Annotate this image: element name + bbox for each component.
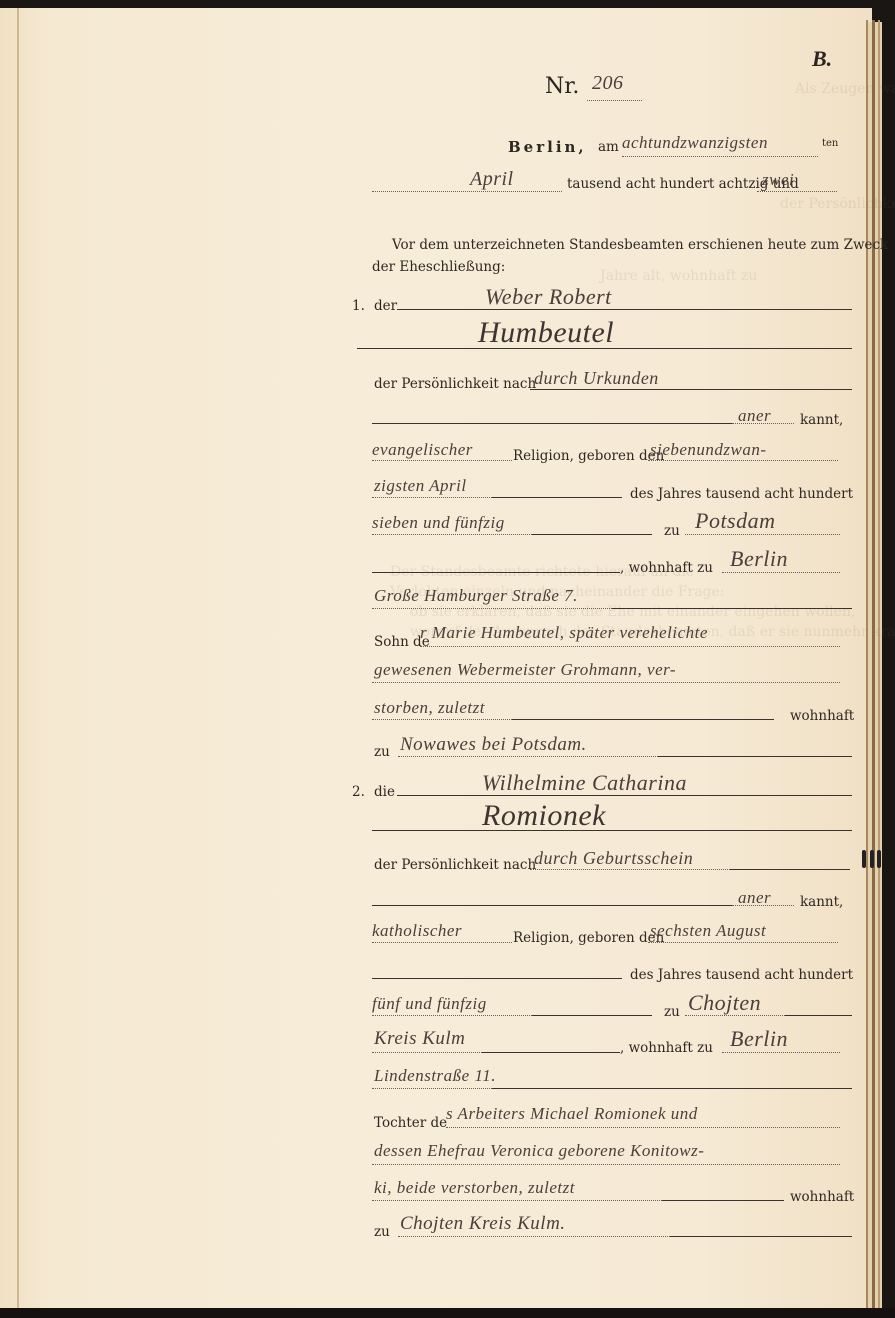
fill-line — [587, 100, 642, 101]
fill-line — [622, 156, 818, 157]
identity-label: der Persönlichkeit nach — [374, 376, 536, 392]
parents-zu-label: zu — [374, 744, 390, 760]
date-suffix: ten — [822, 138, 838, 149]
fill-line — [612, 608, 852, 609]
page-edge-line — [872, 20, 875, 1308]
bleedthrough-text: Als Zeugen waren zugezogen und erschiene… — [795, 81, 895, 97]
bride-index: 2. — [352, 784, 365, 800]
fill-line — [532, 534, 652, 535]
groom-parents-line2: gewesenen Webermeister Grohmann, ver- — [374, 660, 676, 680]
zu-label: zu — [664, 1004, 680, 1020]
fill-line — [372, 1088, 492, 1089]
groom-known: aner — [738, 406, 771, 426]
groom-parents-line1: r Marie Humbeutel, später verehelichte — [420, 623, 708, 643]
known-label: kannt, — [800, 894, 843, 910]
groom-article: der — [374, 298, 397, 314]
groom-religion: evangelischer — [372, 440, 473, 460]
parents-zu-label: zu — [374, 1224, 390, 1240]
zu-label: zu — [664, 523, 680, 539]
fill-line — [372, 978, 622, 979]
fill-line — [685, 534, 840, 535]
date-am-label: am — [598, 139, 619, 155]
parent-label: Tochter de — [374, 1115, 447, 1131]
fill-line — [372, 460, 512, 461]
bleedthrough-text: ob sie erklären, daß sie die Ehe mit ein… — [410, 604, 855, 620]
fill-line — [492, 1088, 852, 1089]
fill-line — [372, 682, 840, 683]
identity-label: der Persönlichkeit nach — [374, 857, 536, 873]
fill-line — [372, 719, 512, 720]
fill-line — [372, 830, 852, 831]
fill-line — [372, 497, 492, 498]
fill-line — [648, 460, 838, 461]
groom-birth-year: sieben und fünfzig — [372, 513, 505, 533]
bride-religion: katholischer — [372, 921, 462, 941]
intro-text: der Eheschließung: — [372, 259, 505, 275]
bride-known: aner — [738, 888, 771, 908]
bleedthrough-text: Jahre alt, wohnhaft zu — [600, 268, 757, 284]
bride-article: die — [374, 784, 395, 800]
bride-parents-line1: s Arbeiters Michael Romionek und — [446, 1104, 698, 1124]
fill-line — [446, 1127, 840, 1128]
fill-line — [785, 1015, 852, 1016]
bride-given-names: Wilhelmine Catharina — [482, 770, 687, 796]
fill-line — [372, 1052, 482, 1053]
fill-line — [670, 1236, 852, 1237]
fill-line — [397, 309, 852, 310]
bride-parents-residence: Chojten Kreis Kulm. — [400, 1213, 566, 1235]
scan-border — [0, 1308, 895, 1318]
fill-line — [372, 1015, 532, 1016]
fill-line — [398, 756, 658, 757]
resident-label: , wohnhaft zu — [620, 560, 713, 576]
marriage-year-hw: zwei — [762, 170, 794, 190]
intro-text: Vor dem unterzeichneten Standesbeamten e… — [392, 237, 888, 253]
bride-identity-proof: durch Geburtsschein — [534, 848, 693, 869]
bride-birthplace: Chojten — [688, 990, 761, 1016]
fill-line — [372, 572, 620, 573]
fill-line — [658, 756, 852, 757]
fill-line — [530, 389, 852, 390]
fill-line — [372, 191, 562, 192]
groom-surname: Humbeutel — [478, 316, 614, 350]
fill-line — [492, 497, 622, 498]
marriage-month: April — [470, 168, 514, 191]
fill-line — [372, 1200, 662, 1201]
groom-residence: Berlin — [730, 546, 788, 572]
fill-line — [757, 191, 837, 192]
year-label: des Jahres tausend acht hundert — [630, 486, 853, 502]
year-label: des Jahres tausend acht hundert — [630, 967, 853, 983]
bride-parents-line3: ki, beide verstorben, zuletzt — [374, 1178, 575, 1198]
fill-line — [372, 608, 612, 609]
bride-birth-year: fünf und fünfzig — [372, 994, 487, 1014]
page-edge-line — [878, 20, 880, 1308]
register-page: Als Zeugen waren zugezogen und erschiene… — [0, 8, 872, 1308]
page-edge-line — [866, 20, 868, 1308]
groom-birth-day: siebenundzwan- — [650, 440, 767, 460]
place-label: Berlin, — [508, 138, 587, 156]
fill-line — [722, 572, 840, 573]
fill-line — [722, 1052, 840, 1053]
fill-line — [648, 942, 838, 943]
parents-resident-label: wohnhaft — [790, 708, 854, 724]
bride-birth-day: sechsten August — [650, 921, 766, 941]
bride-birthplace-district: Kreis Kulm — [374, 1028, 465, 1050]
fill-line — [482, 1052, 620, 1053]
groom-given-names: Weber Robert — [485, 284, 612, 310]
known-label: kannt, — [800, 412, 843, 428]
fill-line — [372, 905, 732, 906]
religion-label: Religion, geboren den — [513, 930, 664, 946]
binding-gutter — [17, 8, 19, 1308]
groom-parents-residence: Nowawes bei Potsdam. — [400, 734, 587, 756]
fill-line — [420, 646, 840, 647]
fill-line — [662, 1200, 784, 1201]
fill-line — [512, 719, 774, 720]
fill-line — [730, 869, 850, 870]
marriage-day: achtundzwanzigsten — [622, 133, 768, 153]
bride-residence: Berlin — [730, 1026, 788, 1052]
resident-label: , wohnhaft zu — [620, 1040, 713, 1056]
fill-line — [372, 1164, 840, 1165]
fill-line — [398, 1236, 670, 1237]
groom-address: Große Hamburger Straße 7. — [374, 586, 578, 606]
form-letter: B. — [812, 46, 832, 72]
bride-address: Lindenstraße 11. — [374, 1066, 496, 1086]
fill-line — [372, 942, 512, 943]
record-number-label: Nr. — [545, 74, 579, 99]
fill-line — [532, 1015, 652, 1016]
parents-resident-label: wohnhaft — [790, 1189, 854, 1205]
fill-line — [530, 869, 730, 870]
religion-label: Religion, geboren den — [513, 448, 664, 464]
bride-parents-line2: dessen Ehefrau Veronica geborene Konitow… — [374, 1141, 704, 1161]
groom-index: 1. — [352, 298, 365, 314]
record-number-value: 206 — [592, 72, 624, 95]
groom-birthplace: Potsdam — [695, 508, 776, 534]
groom-parents-line3: storben, zuletzt — [374, 698, 485, 718]
groom-birth-day-cont: zigsten April — [374, 476, 467, 496]
bride-surname: Romionek — [482, 799, 606, 833]
bleedthrough-text: der Persönlichkeit nach — [780, 196, 895, 212]
register-tab-marks — [862, 850, 882, 868]
fill-line — [372, 423, 732, 424]
fill-line — [372, 534, 532, 535]
groom-identity-proof: durch Urkunden — [534, 368, 659, 389]
